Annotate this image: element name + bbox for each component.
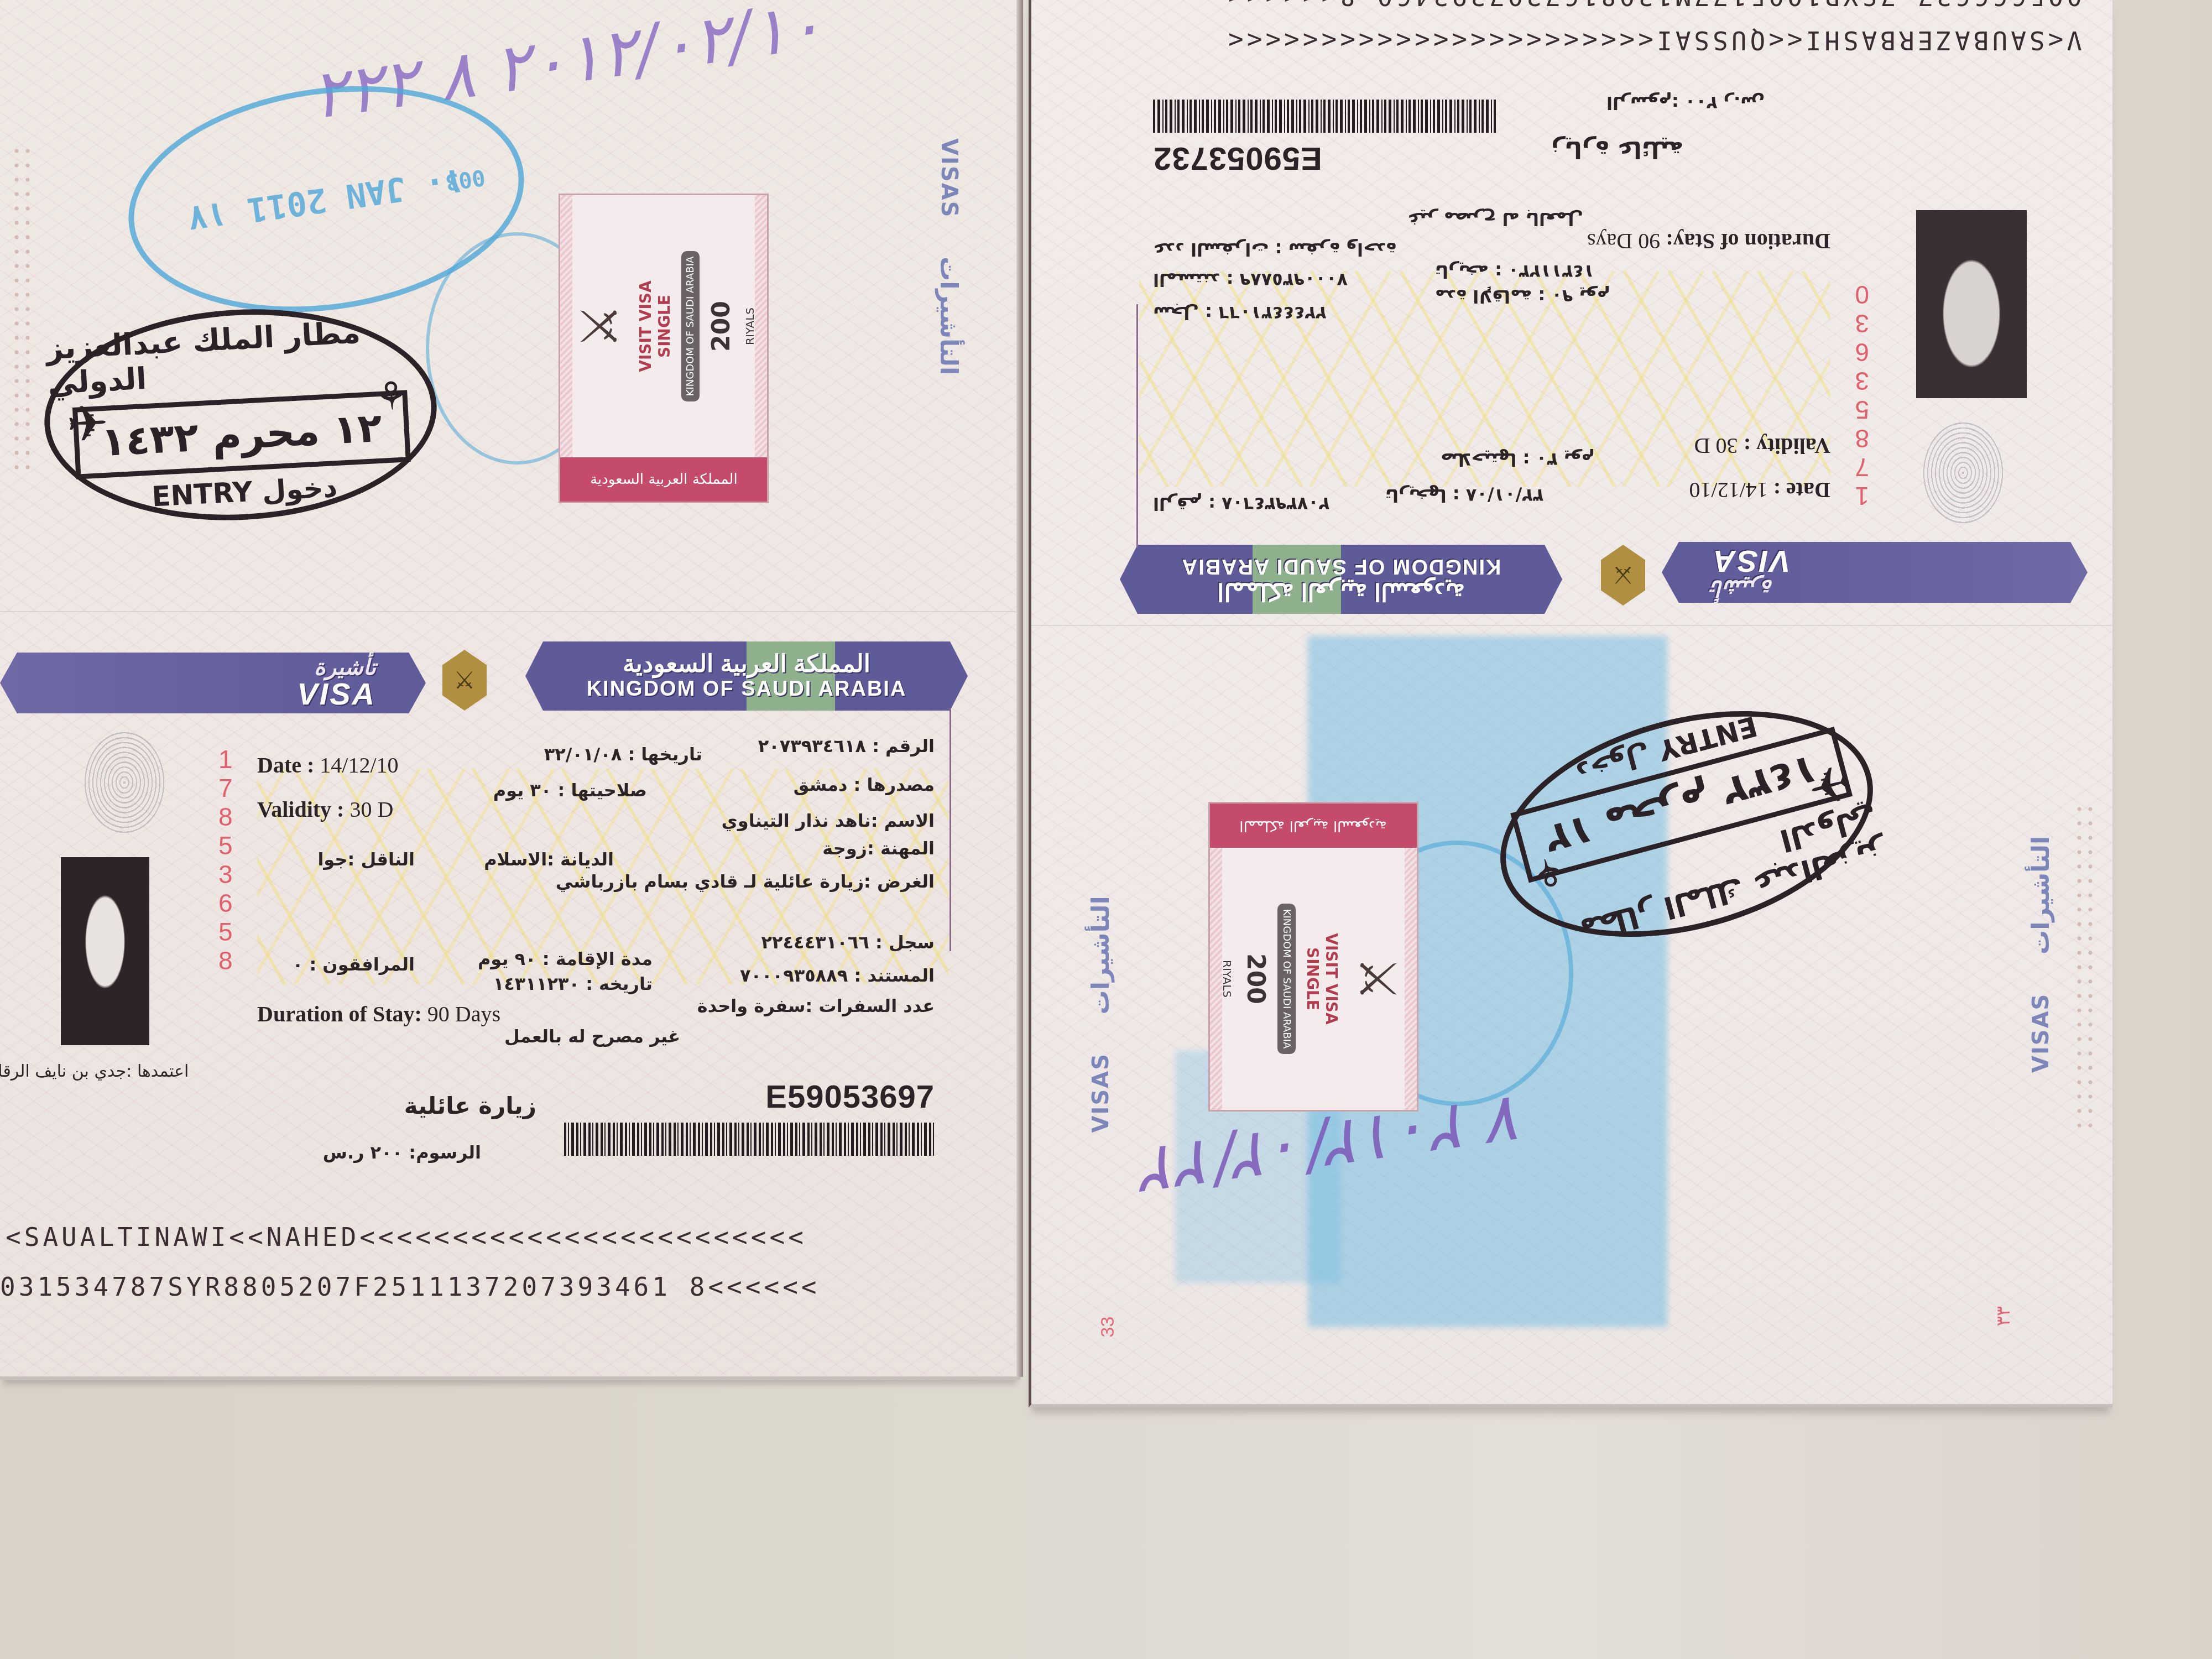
palm-and-swords-icon: ⚔ (571, 304, 629, 349)
visa-duration: Duration of Stay: 90 Days (257, 1001, 500, 1027)
visa-fees: الرسوم: ٢٠٠ ر.س (323, 1142, 481, 1163)
visa-document: المستند : ٧٠٠٠٩٣٥٨٨٩ (740, 965, 935, 986)
visa-title-banner: تأشيرة VISA (1662, 542, 2088, 603)
visa-companions: المرافقون : ٠ (293, 954, 415, 975)
visa-fees: الرسوم: ٢٠٠ ر.س (1606, 92, 1765, 113)
blue-stamp-code: 003 (444, 164, 487, 195)
visa-date: Date : 14/12/10 (257, 752, 399, 778)
visa-religion: الديانة :الاسلام (484, 849, 614, 870)
visa-work-permit: غير مصرح له بالعمل (504, 1026, 680, 1047)
holder-photo (61, 857, 149, 1045)
visa-date: Date : 14/12/10 (1689, 477, 1830, 503)
serial-digit: 0 (1855, 282, 1869, 307)
visa-duration: Duration of Stay: 90 Days (1587, 228, 1830, 254)
visa-banner: تأشيرة VISA ⚔ المملكة العربية السعودية K… (0, 641, 1012, 713)
saudi-emblem-icon: ⚘ (373, 373, 410, 420)
revenue-stamp-arabic-band: المملكة العربية السعودية (560, 457, 767, 502)
serial-digit: 3 (1855, 368, 1869, 394)
revenue-stamp-value: 200 (707, 301, 735, 352)
visa-sticker-nahed: تأشيرة VISA ⚔ المملكة العربية السعودية K… (0, 641, 1012, 1277)
entry-stamp-date: ١٢ محرم ١٤٣٢ (72, 390, 411, 479)
visas-section-header-right: VISAS التأشيرات (1087, 896, 1115, 1133)
visa-number: E59053732 (1153, 140, 1322, 177)
visa-frame-line (1136, 304, 1138, 547)
serial-digit: 1 (1855, 483, 1869, 509)
serial-digit: 8 (218, 804, 233, 830)
perforation-holes (11, 144, 33, 476)
saudi-emblem-icon: ⚔ (442, 650, 487, 711)
visa-type: زيارة عائلية (1551, 136, 1683, 163)
right-visa-page: تأشيرة VISA ⚔ المملكة العربية السعودية K… (1029, 0, 2112, 1407)
revenue-stamp-type: VISIT VISASINGLE (637, 280, 674, 372)
visa-validity: Validity : 30 D (1694, 433, 1830, 459)
entry-stamp-label: ENTRY دخول (151, 471, 338, 513)
serial-digit: 5 (218, 919, 233, 945)
revenue-stamp-body: ⚔ VISIT VISASINGLE KINGDOM OF SAUDI ARAB… (1222, 848, 1405, 1110)
page-number-en: 33 (1097, 1317, 1119, 1338)
visa-holder-name: الاسم :ناهد نذار التيناوي (721, 810, 935, 831)
visa-number-ar: الرقم : ٢٠٧٣٩٣٤٦٠٨ (1153, 493, 1329, 514)
visa-trips: عدد السفرات : سفرة واحدة (1153, 239, 1396, 260)
mrz-line-1: V<SAUBAZERBASHI<<QUSSAI<<<<<<<<<<<<<<<<<… (1225, 25, 2082, 55)
ghost-photo (83, 730, 166, 835)
serial-digit: 3 (1855, 311, 1869, 336)
visa-trips: عدد السفرات :سفرة واحدة (697, 995, 935, 1016)
lower-right-page-content: VISAS التأشيرات (1031, 625, 2112, 1405)
visa-document: المستند : ٧٠٠٠٩٣٥٨٨٩ (1153, 269, 1348, 290)
visa-carrier: الناقل :جوا (317, 849, 415, 870)
visa-validity-ar: صلاحيتها : ٣٠ يوم (493, 780, 647, 801)
visa-work-permit: غير مصرح له بالعمل (1407, 208, 1583, 229)
palm-and-swords-icon: ⚔ (1348, 957, 1406, 1001)
kingdom-banner: المملكة العربية السعودية KINGDOM OF SAUD… (1120, 545, 1562, 614)
revenue-stamp-currency: RIYALS (1220, 960, 1234, 998)
airplane-icon: ✈ (65, 394, 110, 455)
visa-date-hijri: تاريخها : ٣٢/٠١/٠٨ (544, 744, 702, 765)
revenue-stamp-issuer: KINGDOM OF SAUDI ARABIA (681, 251, 700, 402)
revenue-stamp: المملكة العربية السعودية ⚔ VISIT VISASIN… (1208, 802, 1418, 1112)
visa-type: زيارة عائلية (404, 1092, 536, 1119)
revenue-stamp-issuer: KINGDOM OF SAUDI ARABIA (1277, 904, 1296, 1055)
visa-approved-by: اعتمدها :جدي بن نايف الرقاص (0, 1062, 189, 1081)
visa-registry: سجل : ٢٢٤٤٤٣١٠٦٦ (1153, 302, 1326, 324)
visa-stay-ar: مدة الإقامة : ٩٠ يوم (1435, 286, 1610, 307)
visa-registry: سجل : ٢٢٤٤٤٣١٠٦٦ (761, 932, 935, 953)
page-number-ar: ٣٣ (1992, 1306, 2015, 1327)
revenue-stamp-type: VISIT VISASINGLE (1303, 933, 1340, 1024)
airplane-icon: ✈ (1802, 751, 1857, 818)
serial-digit: 3 (218, 862, 233, 887)
page-fold (0, 611, 1020, 612)
mrz-line-1: <SAUALTINAWI<<NAHED<<<<<<<<<<<<<<<<<<<<<… (6, 1222, 807, 1252)
visa-purpose: الغرض :زيارة عائلية لـ قادي بسام بازرباش… (556, 871, 935, 892)
kingdom-banner: المملكة العربية السعودية KINGDOM OF SAUD… (525, 641, 968, 711)
serial-digit: 7 (218, 775, 233, 801)
visa-issued-at: مصدرها : دمشق (794, 774, 935, 795)
visas-section-header: VISAS التأشيرات (2027, 836, 2055, 1073)
visa-barcode (1153, 100, 1496, 133)
mrz-line-2: 005666637 7SYR1005177M1308167207393460 8… (1225, 0, 2082, 11)
visas-label-en: VISAS (936, 138, 962, 218)
visa-number-ar: الرقم : ٢٠٧٣٩٣٤٦١٨ (758, 735, 935, 757)
saudi-emblem-icon: ⚔ (1601, 545, 1645, 606)
visas-label-ar: التأشيرات (935, 257, 963, 375)
revenue-stamp-currency: RIYALS (743, 307, 757, 345)
serial-digit: 5 (218, 833, 233, 858)
serial-digit: 6 (218, 890, 233, 916)
revenue-stamp: المملكة العربية السعودية ⚔ VISIT VISASIN… (559, 194, 769, 503)
left-visa-page: ٢٠١٢/٠٢/١٠ ٨ ٢٢٢ VISAS التأشيرات ١٠ JAN … (0, 0, 1020, 1380)
serial-digit: 7 (1855, 455, 1869, 480)
holder-photo (1916, 210, 2027, 398)
serial-digit: 5 (1855, 397, 1869, 422)
visa-document-date: تاريخه : ١٤٣١١٢٣٠ (493, 973, 653, 994)
serial-digit: 8 (1855, 426, 1869, 451)
visa-date-hijri: تاريخها : ٣٢/٠١/٠٨ (1385, 485, 1543, 506)
visa-serial-number: 17853658 (218, 747, 233, 973)
ghost-photo (1922, 420, 2005, 525)
visa-number: E59053697 (765, 1078, 935, 1115)
visa-serial-number: 17853630 (1855, 282, 1869, 509)
blue-stamp-date: ١٠ JAN 2011 ١٧ (185, 160, 468, 238)
revenue-stamp-value: 200 (1241, 953, 1270, 1004)
serial-digit: 8 (218, 948, 233, 973)
revenue-stamp-body: ⚔ VISIT VISASINGLE KINGDOM OF SAUDI ARAB… (572, 195, 755, 457)
visa-banner: تأشيرة VISA ⚔ المملكة العربية السعودية K… (1076, 542, 2088, 614)
visa-frame-line (950, 708, 951, 951)
visa-profession: المهنة :زوجة (822, 838, 935, 859)
serial-digit: 1 (218, 747, 233, 772)
visa-sticker-qussai-rotated: تأشيرة VISA ⚔ المملكة العربية السعودية K… (1076, 0, 2088, 614)
passport-spine (1016, 0, 1023, 1377)
visa-document-date: تاريخه : ١٤٣١١٢٣٠ (1435, 261, 1594, 282)
visa-validity: Validity : 30 D (257, 796, 393, 822)
visa-title-banner: تأشيرة VISA (0, 653, 426, 713)
mrz-line-2: 031534787SYR8805207F2511137207393461 8<<… (0, 1272, 820, 1302)
visa-stay-ar: مدة الإقامة : ٩٠ يوم (478, 948, 653, 969)
visa-barcode (564, 1123, 935, 1156)
serial-digit: 6 (1855, 340, 1869, 365)
revenue-stamp-arabic-band: المملكة العربية السعودية (1210, 804, 1417, 848)
visa-validity-ar: صلاحيتها : ٣٠ يوم (1441, 449, 1594, 470)
visas-section-header: VISAS التأشيرات (935, 138, 963, 375)
